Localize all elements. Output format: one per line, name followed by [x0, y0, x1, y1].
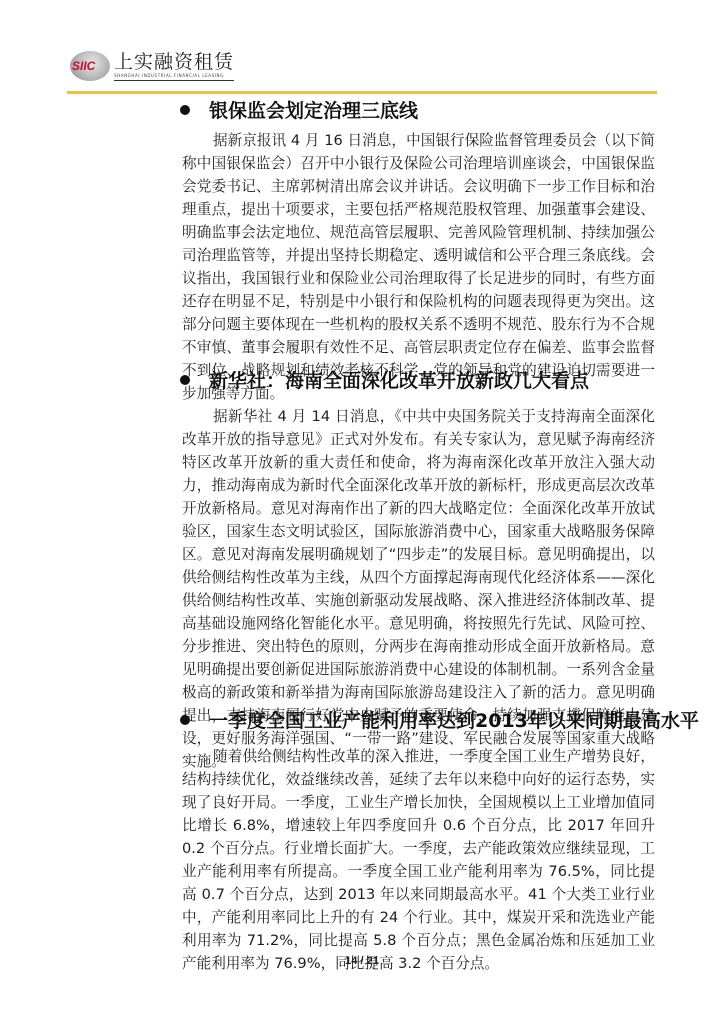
section-heading: 银保监会划定治理三底线 [178, 96, 418, 123]
section-title: 银保监会划定治理三底线 [209, 96, 418, 123]
section-body: 随着供给侧结构性改革的深入推进，一季度全国工业生产增势良好，结构持续优化，效益继… [182, 745, 655, 975]
bullet-icon [180, 375, 190, 385]
siic-logo-icon: SIIC [70, 51, 110, 81]
company-name-cn: 上实融资租赁 [114, 52, 234, 73]
section-title: 新华社：海南全面深化改革开放新政几大看点 [209, 366, 589, 393]
section-title: 一季度全国工业产能利用率达到2013年以来同期最高水平 [209, 706, 699, 733]
section-heading: 新华社：海南全面深化改革开放新政几大看点 [178, 366, 589, 393]
page-number: 14 / 21 [0, 955, 724, 967]
header-divider [67, 91, 657, 94]
section-body: 据新京报讯 4 月 16 日消息，中国银行保险监督管理委员会（以下简称中国银保监… [182, 129, 655, 405]
company-name-en: SHANGHAI INDUSTRIAL FINANCIAL LEASING [114, 73, 234, 79]
logo-mark-text: SIIC [72, 59, 95, 73]
section-heading: 一季度全国工业产能利用率达到2013年以来同期最高水平 [178, 706, 699, 733]
company-logo: SIIC 上实融资租赁 SHANGHAI INDUSTRIAL FINANCIA… [70, 50, 234, 82]
bullet-icon [180, 715, 190, 725]
logo-text: 上实融资租赁 SHANGHAI INDUSTRIAL FINANCIAL LEA… [114, 52, 234, 81]
bullet-icon [180, 105, 190, 115]
